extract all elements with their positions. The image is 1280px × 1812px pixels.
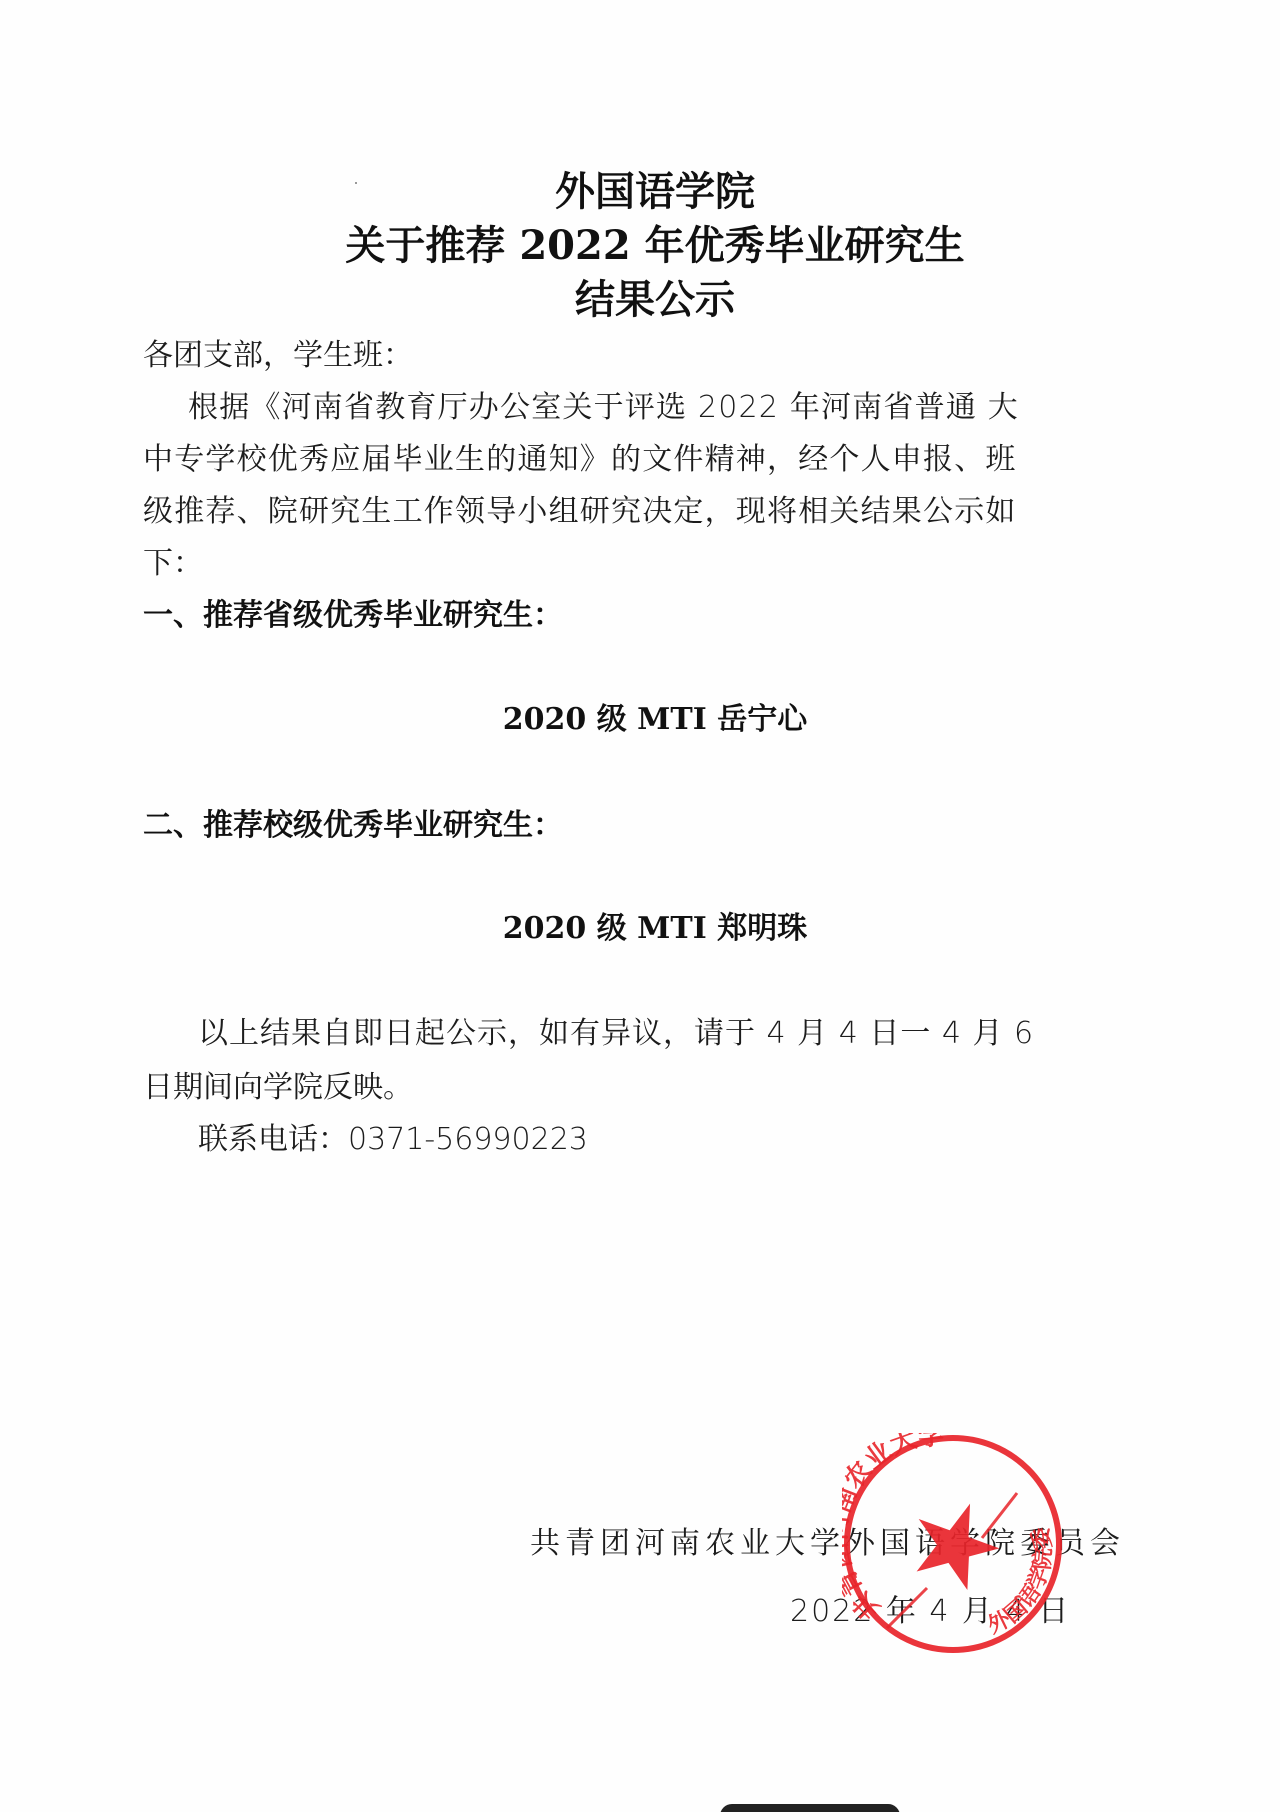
section-2-nominee: 2020 级 MTI 郑明珠 [0,903,1280,947]
intro-line-2: 中专学校优秀应届毕业生的通知》的文件精神，经个人申报、班 [143,434,1017,478]
section-2-heading: 二、推荐校级优秀毕业研究生： [143,800,563,844]
salutation: 各团支部，学生班： [143,330,413,374]
document-page: 外国语学院 关于推荐 2022 年优秀毕业研究生 结果公示 各团支部，学生班： … [0,0,1280,1812]
notice-line-2: 日期间向学院反映。 [143,1062,413,1106]
title-line-3: 结果公示 [0,268,1280,325]
contact-phone: 联系电话：0371-56990223 [198,1114,588,1158]
notice-line-1: 以上结果自即日起公示，如有异议，请于 4 月 4 日一 4 月 6 [198,1008,1034,1052]
section-1-heading: 一、推荐省级优秀毕业研究生： [143,590,563,634]
intro-line-4: 下： [143,538,203,582]
scan-edge-artifact [720,1804,900,1812]
title-line-1: 外国语学院 [0,160,1280,217]
intro-line-3: 级推荐、院研究生工作领导小组研究决定，现将相关结果公示如 [143,486,1017,530]
signature-date: 2022 年 4 月 4 日 [790,1586,1070,1630]
section-1-nominee: 2020 级 MTI 岳宁心 [0,694,1280,738]
intro-line-1: 根据《河南省教育厅办公室关于评选 2022 年河南省普通 大 [188,382,1019,426]
signature-organization: 共青团河南农业大学外国语学院委员会 [530,1518,1125,1562]
title-line-2: 关于推荐 2022 年优秀毕业研究生 [0,214,1280,271]
